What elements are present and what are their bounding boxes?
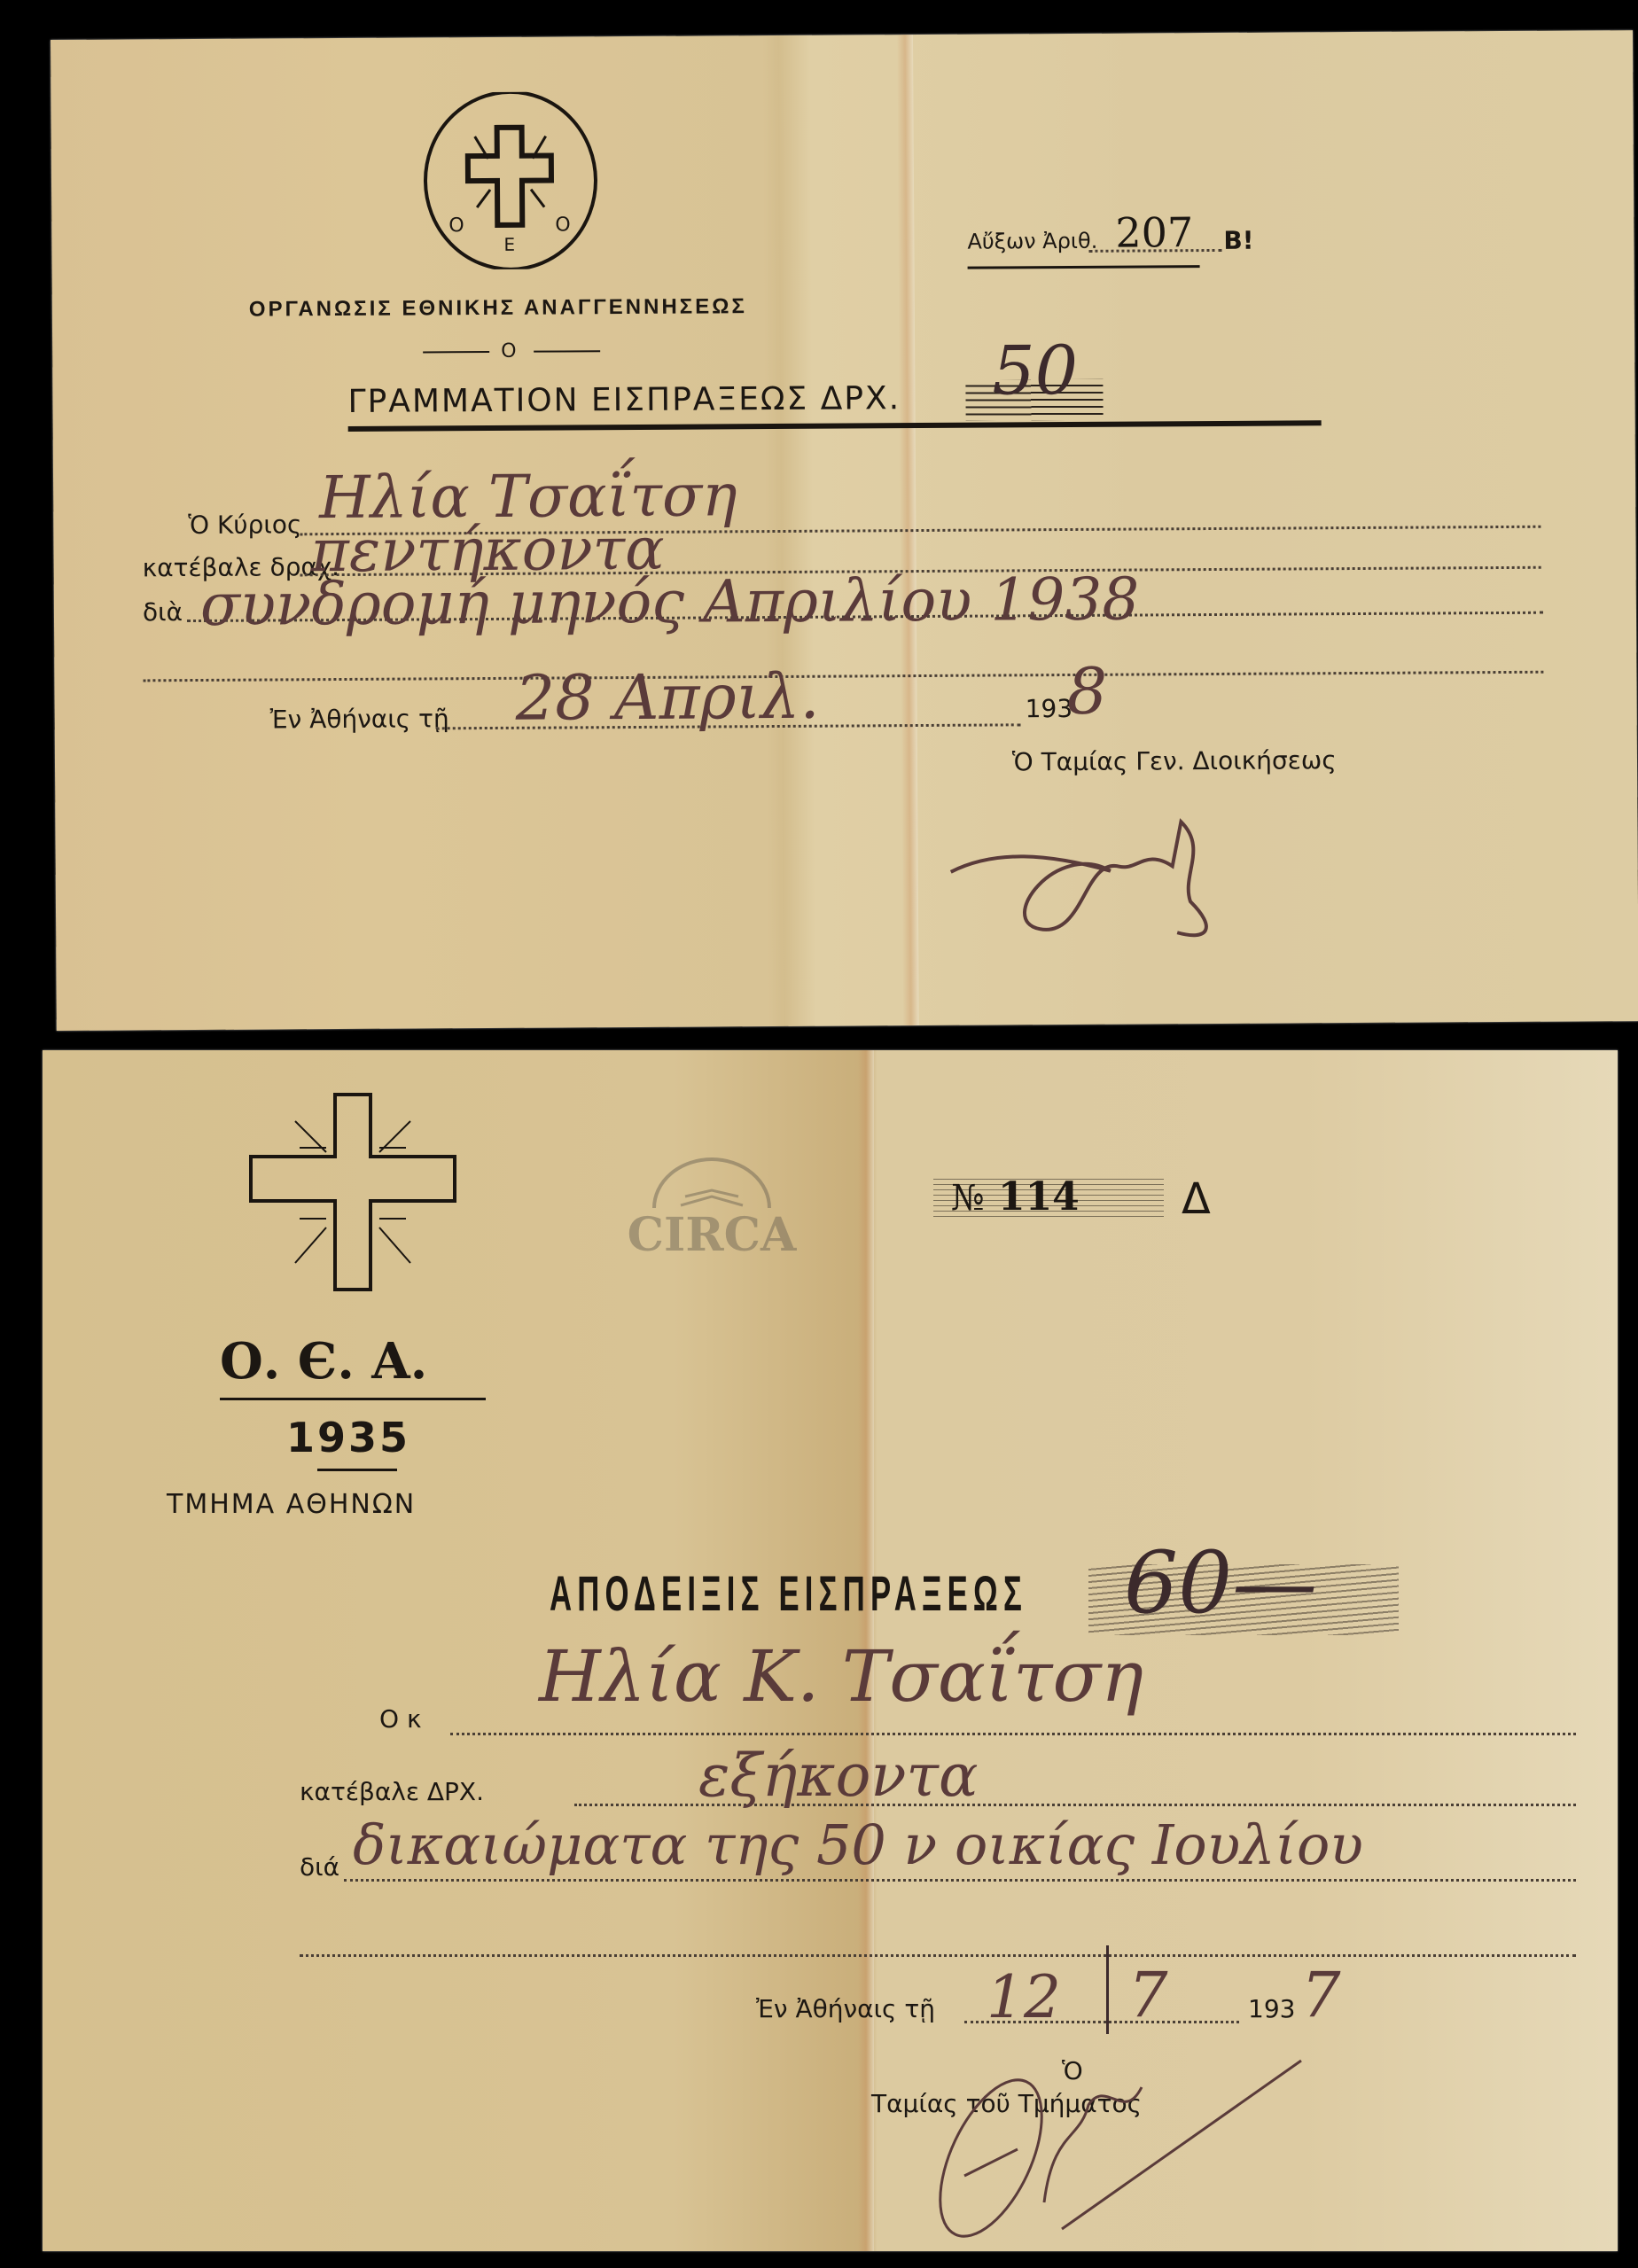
amount-handwritten: 50	[992, 331, 1078, 410]
place-label: Ἐν Ἀθήναις τῇ	[756, 1994, 935, 2023]
receipt-title: ΓΡΑΜΜΑΤΙΟΝ ΕΙΣΠΡΑΞΕΩΣ ΔΡΧ.	[347, 380, 901, 420]
receipt-title: ΑΠΟΔΕΙΞΙΣ ΕΙΣΠΡΑΞΕΩΣ	[550, 1564, 1027, 1622]
signature-icon	[929, 2025, 1354, 2238]
serial-series: Β!	[1223, 226, 1253, 255]
ornament-letter: Ο	[501, 340, 516, 362]
cross-icon	[246, 1086, 459, 1298]
year-printed: 193	[1026, 694, 1073, 723]
cashier-label: Ὁ Ταμίας Γεν. Διοικήσεως	[1012, 745, 1337, 776]
watermark-text: CIRCA	[610, 1208, 814, 1262]
serial-stamp: № 114	[933, 1174, 1164, 1217]
emblem-letter-2: Ε	[503, 234, 515, 255]
watermark: CIRCA	[610, 1157, 814, 1262]
serial-label: Αὔξων Ἀριθ.	[967, 229, 1097, 254]
serial-number: 114	[998, 1174, 1080, 1220]
blank-line	[300, 1954, 1576, 1957]
book-icon	[645, 1157, 778, 1210]
ok-line	[450, 1733, 1576, 1735]
emblem-letter-1: Ο	[448, 214, 464, 237]
year-underline	[317, 1469, 397, 1471]
department: ΤΜΗΜΑ ΑΘΗΝΩΝ	[167, 1489, 416, 1520]
dia-label: διά	[300, 1852, 339, 1882]
katevale-value: εξήκοντα	[698, 1742, 979, 1810]
ok-value: Ηλία Κ. Τσαΐτση	[539, 1635, 1143, 1718]
katevale-label: κατέβαλε ΔΡΧ.	[300, 1777, 484, 1806]
serial-prefix: №	[951, 1178, 985, 1219]
org-name: ΟΡΓΑΝΩΣΙΣ ΕΘΝΙΚΗΣ ΑΝΑΓΓΕΝΝΗΣΕΩΣ	[249, 294, 747, 322]
year-handwritten: 7	[1301, 1959, 1341, 2031]
year-handwritten: 8	[1066, 654, 1107, 729]
ornament: Ο	[423, 338, 600, 365]
serial-series: Δ	[1182, 1174, 1211, 1224]
title-underline	[348, 420, 1322, 432]
dia-line	[344, 1879, 1576, 1882]
abbrev-underline	[220, 1398, 486, 1400]
date-value: 28 Απριλ.	[515, 660, 820, 735]
receipt-bottom: Ο. Є. Α. 1935 ΤΜΗΜΑ ΑΘΗΝΩΝ CIRCA № 114 Δ…	[43, 1050, 1618, 2251]
dia-label: διὰ	[143, 597, 183, 627]
ok-label: Ο κ	[379, 1704, 421, 1734]
date-separator	[1106, 1945, 1109, 2034]
blank-line	[143, 671, 1543, 682]
org-abbrev: Ο. Є. Α.	[220, 1332, 427, 1391]
emblem-logo: Ο Ε Ο	[421, 91, 599, 269]
dia-value: δικαιώματα της 50 ν οικίας Ιουλίου	[353, 1812, 1363, 1877]
serial-number: 207	[1115, 208, 1193, 257]
kyrios-label: Ὁ Κύριος	[188, 510, 301, 540]
date-day: 12	[987, 1963, 1061, 2031]
amount-handwritten: 60—	[1124, 1533, 1317, 1633]
place-label: Ἐν Ἀθήναις τῇ	[270, 704, 449, 734]
emblem-letter-3: Ο	[555, 214, 570, 236]
date-month: 7	[1128, 1959, 1168, 2031]
signature-icon	[941, 786, 1244, 947]
serial-underline	[968, 265, 1200, 269]
dia-value: συνδρομή μηνός Απριλίου 1938	[200, 565, 1140, 639]
year-printed: 193	[1248, 1994, 1295, 2023]
receipt-top: Ο Ε Ο ΟΡΓΑΝΩΣΙΣ ΕΘΝΙΚΗΣ ΑΝΑΓΓΕΝΝΗΣΕΩΣ Ο …	[51, 30, 1638, 1031]
year-1935: 1935	[286, 1414, 410, 1461]
